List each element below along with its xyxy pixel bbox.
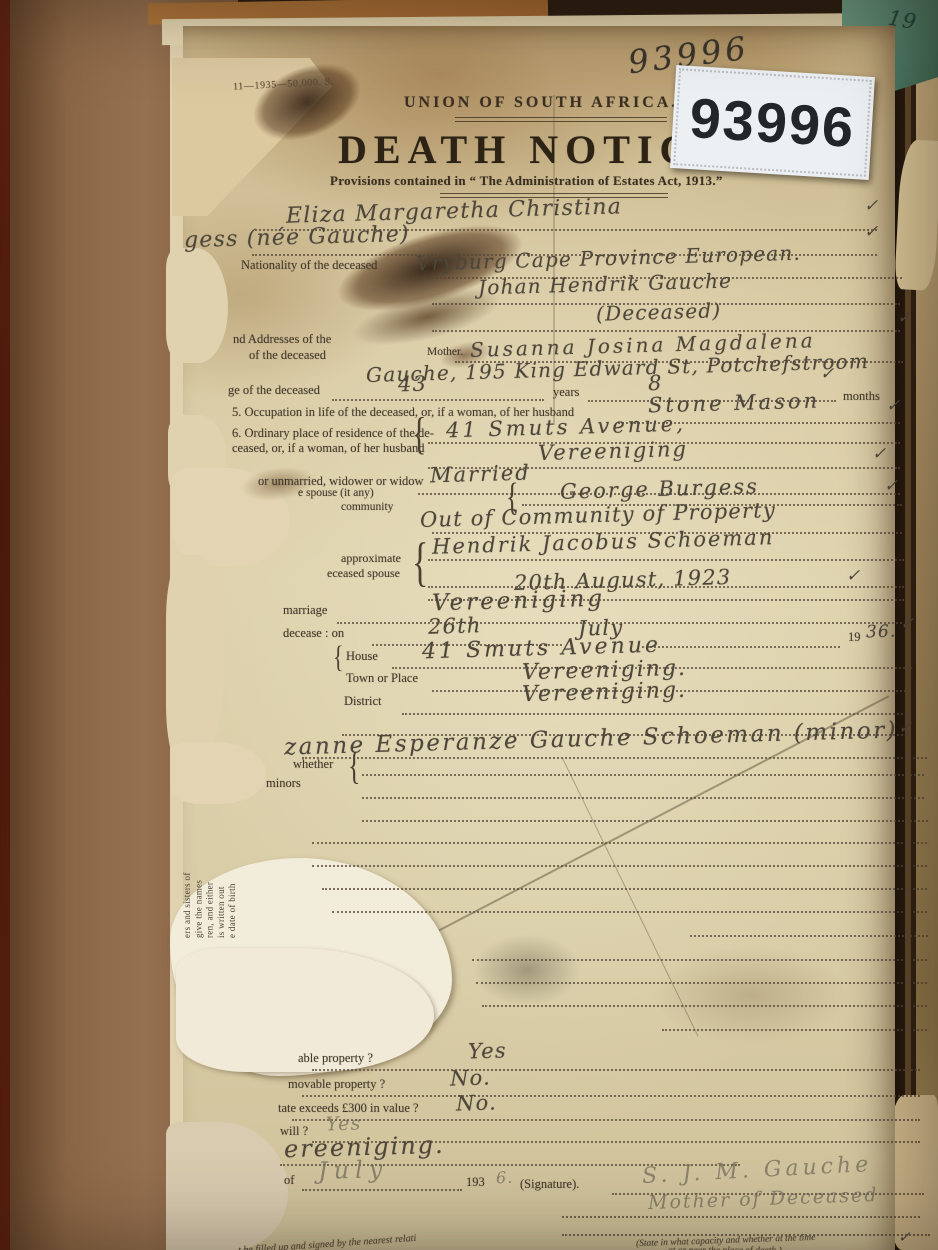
check-mark: ✓	[864, 222, 878, 242]
brace-glyph: {	[412, 410, 426, 461]
check-mark: ✓	[884, 476, 898, 496]
check-mark: ✓	[820, 364, 834, 384]
field-parents-label-line2: of the deceased	[249, 348, 326, 363]
margin-note-line: give the names	[193, 812, 204, 938]
torn-edge	[166, 248, 228, 363]
field-whether-label: whether	[293, 757, 333, 772]
archival-death-notice-photo: 19 11—1935—50,000. S. UNION OF SOUTH AFR…	[0, 0, 938, 1250]
check-mark: ✓	[898, 718, 912, 738]
field-nationality-label: Nationality of the deceased	[241, 258, 377, 273]
country-heading: UNION OF SOUTH AFRICA.	[404, 94, 678, 112]
field-movable-label: able property ?	[298, 1051, 373, 1066]
field-will-value: Yes	[326, 1113, 362, 1136]
field-age-years-value: 43	[398, 372, 428, 397]
field-residence-label-line2: ceased, or, if a woman, of her husband	[232, 441, 425, 456]
check-mark: ✓	[886, 396, 900, 416]
field-district-value: Vereeniging.	[522, 678, 688, 708]
check-mark: ✓	[846, 566, 860, 586]
check-mark: ✓	[900, 614, 914, 634]
document-subtitle: Provisions contained in “ The Administra…	[330, 173, 723, 189]
field-predeceased-label-line1: approximate	[341, 551, 401, 566]
field-decease-day: 26th	[428, 613, 482, 638]
torn-edge	[166, 555, 224, 770]
age-stain	[620, 930, 880, 1060]
margin-note-line: ren, and either	[205, 812, 216, 938]
field-immovable-label: movable property ?	[288, 1077, 385, 1092]
field-estate-value: No.	[456, 1090, 498, 1115]
check-mark: ✓	[897, 308, 911, 328]
field-marriage-value: Vereeniging	[432, 586, 606, 617]
margin-note: ers and sisters of give the names ren, a…	[182, 812, 238, 938]
field-date-year-printed: 193	[466, 1175, 485, 1190]
field-parents-label-line1: nd Addresses of the	[233, 332, 331, 347]
brace-glyph: {	[333, 639, 344, 675]
heading-rule	[455, 117, 667, 122]
field-father-status: (Deceased)	[596, 298, 722, 325]
field-town-label: Town or Place	[346, 671, 418, 686]
field-residence-label-line1: 6. Ordinary place of residence of the de…	[232, 426, 434, 441]
field-age-label: ge of the deceased	[228, 383, 320, 398]
archive-number-sticker: 93996	[670, 65, 875, 180]
field-predeceased-label-line2: eceased spouse	[327, 566, 400, 581]
brace-glyph: {	[412, 534, 428, 595]
check-mark: ✓	[864, 196, 878, 216]
field-residence-value-line2: Vereeniging	[538, 437, 689, 465]
field-date-year-value: 6.	[496, 1168, 514, 1187]
brace-glyph: {	[348, 745, 360, 790]
check-mark: ✓	[898, 1228, 911, 1246]
field-age-months-value: 8	[648, 371, 663, 395]
field-spouse-label-line1: e spouse (it any)	[298, 487, 374, 499]
check-mark: ✓	[872, 444, 886, 464]
field-date-month: July	[318, 1155, 389, 1185]
field-district-label: District	[344, 694, 382, 709]
margin-note-line: e date of birth	[227, 812, 238, 938]
margin-note-line: ers and sisters of	[182, 812, 193, 938]
torn-edge	[170, 742, 266, 804]
field-marriage-label: marriage	[283, 603, 327, 618]
capacity-note-line2: at or near the place of death.)	[668, 1246, 782, 1250]
field-date-of-label: of	[284, 1173, 294, 1188]
field-signature-label: (Signature).	[520, 1177, 579, 1192]
field-movable-value: Yes	[468, 1038, 507, 1063]
field-months-label: months	[843, 389, 880, 404]
archive-number: 93996	[688, 85, 857, 160]
field-decease-year-value: 36.	[866, 622, 897, 643]
field-immovable-value: No.	[450, 1065, 492, 1090]
field-years-label: years	[553, 385, 579, 400]
field-spouse-label-line2: community	[341, 501, 393, 513]
field-mother-label: Mother.	[427, 346, 463, 358]
field-house-label: House	[346, 649, 378, 664]
field-decease-year-printed: 19	[848, 630, 861, 645]
field-minors-label: minors	[266, 776, 301, 791]
margin-note-line: is written out	[216, 812, 227, 938]
